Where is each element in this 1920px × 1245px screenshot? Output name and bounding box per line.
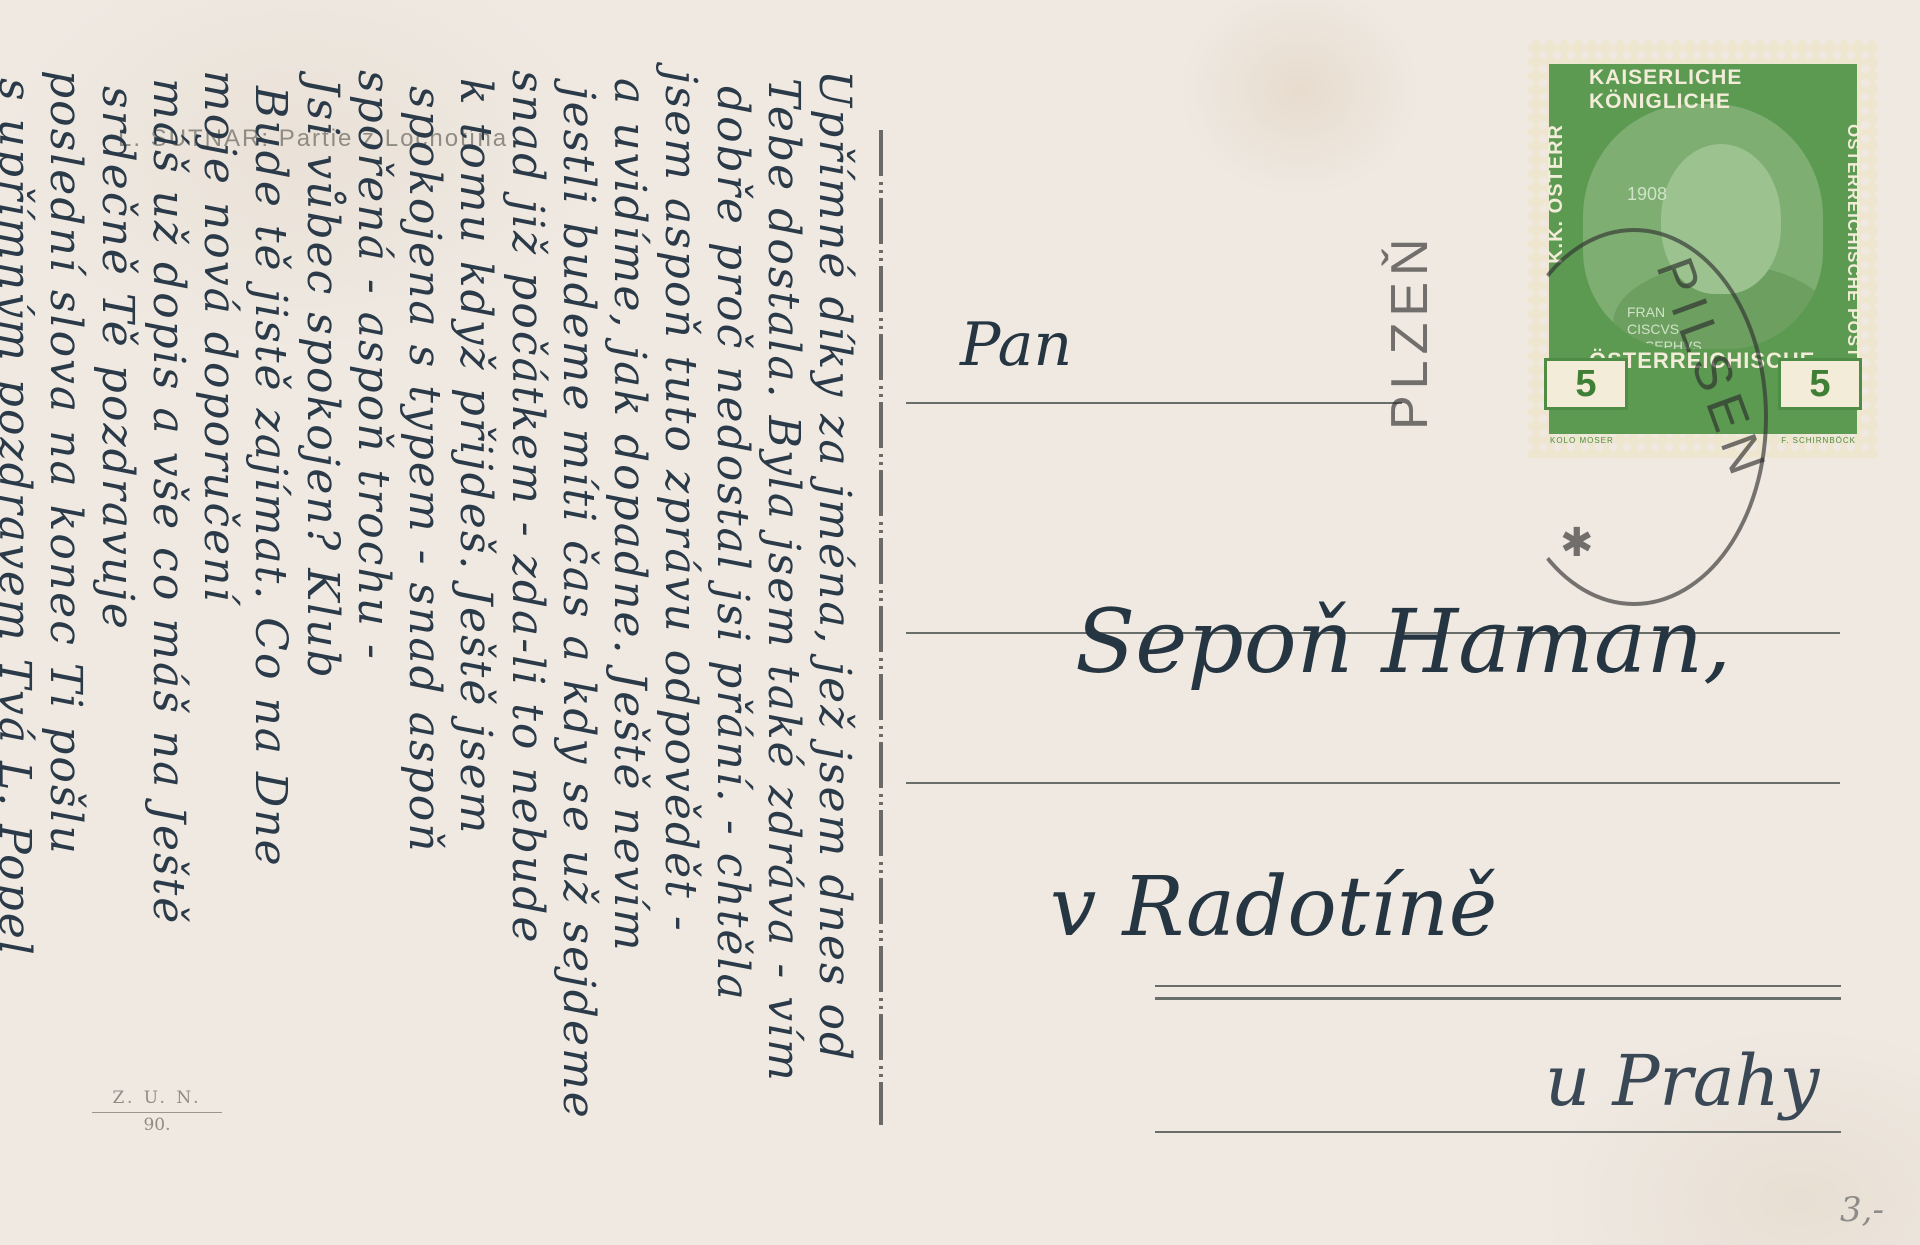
address-region: u Prahy (1545, 1040, 1819, 1122)
message-column: spokojena s typem - snad aspoň (399, 86, 450, 854)
message-column: máš už dopis a vše co máš na Ještě (143, 78, 194, 925)
message-column: Bude tě jistě zajímat. Co na Dne (245, 86, 296, 868)
message-column: spořená - aspoň trochu - (348, 70, 399, 661)
postcard: L. SUTNAR: Partie z Lochotína Z. U. N. 9… (0, 0, 1920, 1245)
message-column: dobře proč nedostal jsi přání. - chtěla (707, 86, 758, 1002)
address-town: v Radotíně (1050, 860, 1497, 955)
message-column: moje nová doporučení (194, 70, 245, 604)
pencil-price-note: 3,- (1840, 1190, 1884, 1230)
stamp-text-top: KAISERLICHE KÖNIGLICHE (1589, 66, 1857, 114)
center-divider (879, 130, 883, 1125)
publisher-mark-top: Z. U. N. (92, 1088, 222, 1113)
message-column: Tebe dostala. Byla jsem také zdráva - ví… (758, 78, 809, 1083)
stamp-text-left: K.K. ÖSTERR (1545, 124, 1568, 264)
stamp-text-right: ÖSTERREICHISCHE POST (1843, 124, 1863, 358)
message-column: a uvidíme, jak dopadne. Ještě nevím (604, 78, 655, 953)
message-column: srdečně Tě pozdravuje (92, 86, 143, 631)
publisher-mark: Z. U. N. 90. (92, 1088, 222, 1135)
message-column: k tomu když přijdeš. Ještě jsem (450, 78, 501, 835)
address-line-1 (906, 402, 1402, 404)
address-salutation: Pan (960, 310, 1072, 380)
stamp-value-right: 5 (1778, 358, 1862, 410)
message-column: poslední slova na konec Ti pošlu (40, 70, 91, 856)
stamp-engraver: F. SCHIRNBÖCK (1781, 436, 1856, 445)
message-column: jsem aspoň tuto zprávu odpovědět - (655, 70, 706, 933)
address-line-5 (1155, 1131, 1841, 1133)
postmark-text-left: PLZEŇ (1380, 232, 1440, 430)
message-column: snad již počátkem - zda-li to nebude (502, 70, 553, 944)
address-line-4b (1155, 997, 1841, 1000)
message-column: jestli budeme míti čas a kdy se už sejde… (553, 86, 604, 1120)
message-column: s upřímným pozdravem Tvá L. Popel (0, 78, 40, 957)
publisher-mark-number: 90. (92, 1113, 222, 1135)
postmark-star-icon: ✱ (1560, 520, 1594, 566)
stamp-year: 1908 (1627, 184, 1667, 205)
address-line-4a (1155, 985, 1841, 987)
message-column: Jsi vůbec spokojen? Klub (297, 78, 348, 680)
address-line-3 (906, 782, 1840, 784)
message-column: Upřímné díky za jména, jež jsem dnes od (809, 70, 860, 1062)
